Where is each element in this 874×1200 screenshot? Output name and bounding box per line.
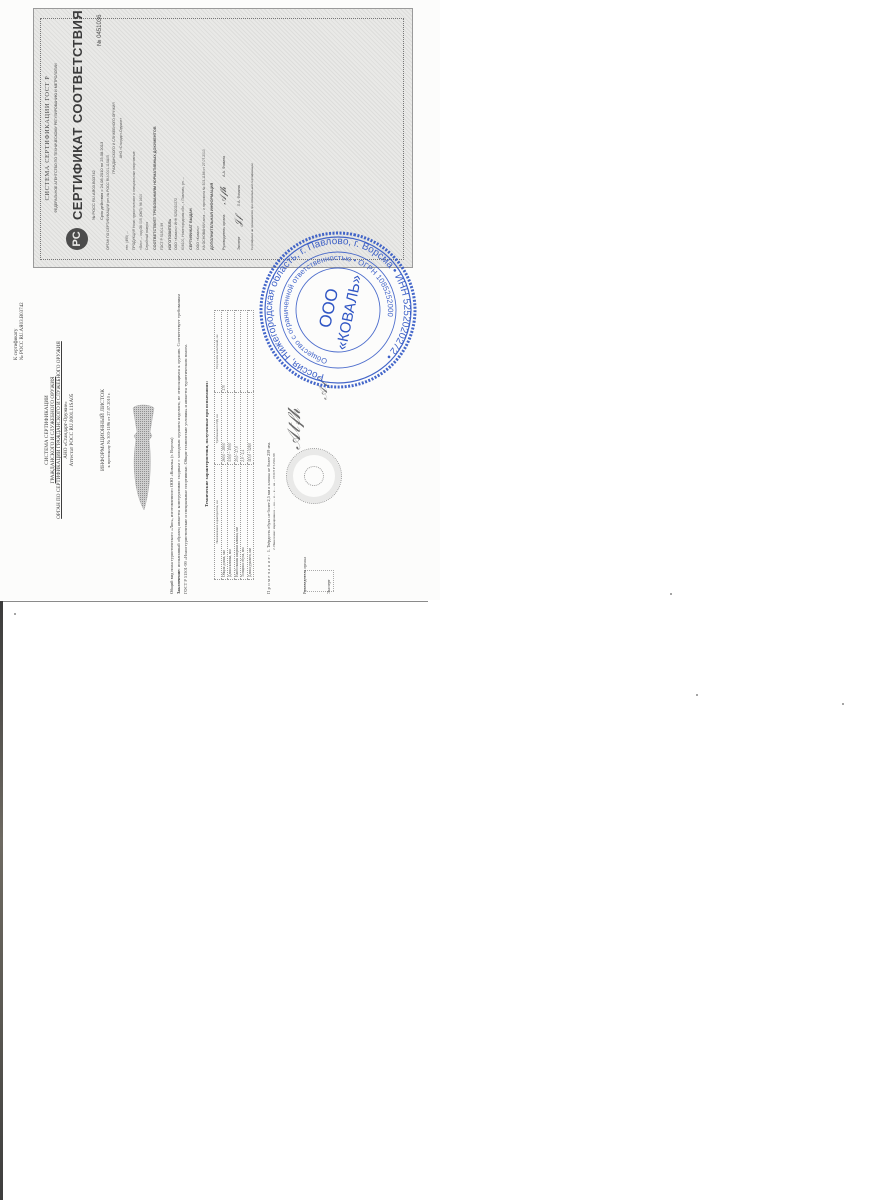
cert-validity: Срок действия с 24.08.2010 по 23.08.2013 <box>99 142 104 220</box>
signature-icon: 𝒥𝒻 <box>234 216 244 226</box>
sheet-bottom-edge <box>0 601 428 602</box>
system-line: ОРГАН ПО СЕРТИФИКАЦИИ ГРАЖДАНСКОГО И СЛУ… <box>56 320 62 540</box>
signer-label: Руководитель органа <box>302 557 307 594</box>
table-cell: Длина рукояти, мм <box>247 464 254 579</box>
gost-r-logo-icon: PC <box>66 228 88 250</box>
cert-heading-row: PC СЕРТИФИКАТ СООТВЕТСТВИЯ <box>66 20 88 256</box>
cert-line: ГОСТ Р 51501-99 <box>160 20 164 250</box>
cert-line: тел. (495) ... <box>125 20 129 250</box>
cert-validity-row: Срок действия с 24.08.2010 по 23.08.2013 <box>99 20 104 220</box>
scan-speck <box>14 613 16 615</box>
certificate-of-conformity: СИСТЕМА СЕРТИФИКАЦИИ ГОСТ Р ФЕДЕРАЛЬНОЕ … <box>42 20 400 256</box>
stamp-seal-icon: Россия, Нижегородская область, г. Павлов… <box>243 215 433 405</box>
conclusion-text: испытанный образец является конструктивн… <box>176 294 188 594</box>
cert-line: 606100, Нижегородская обл., г. Павлово, … <box>181 20 185 250</box>
cert-line: ГРАЖДАНСКОГО И СЛУЖЕБНОГО ОРУЖИЯ <box>112 20 116 256</box>
signature-icon: 𝒜𝓉𝒻𝒽 <box>284 408 305 450</box>
cert-reg-number: № РОСС RU.АЯ03.В03742 <box>91 170 96 220</box>
cert-line: ООО «Коваль» ИНН 5252020272 <box>174 20 178 250</box>
cert-head-label: Руководитель органа <box>222 215 226 250</box>
knife-image-icon <box>128 402 158 512</box>
cert-expert-label: Эксперт <box>237 236 241 250</box>
note-1-text: 1. Твёрдость обуха не более 2,5 мм и кли… <box>266 442 271 552</box>
signature-icon: 𝒜𝒻𝒽 <box>219 187 229 205</box>
cert-expert-name: Л.А. Фомина <box>237 185 241 206</box>
cert-section: СЕРТИФИКАТ ВЫДАН <box>189 20 193 250</box>
cert-line: ПРОДУКЦИЯ Ножи туристические и специальн… <box>132 20 136 250</box>
cert-line: ООО «Коваль» <box>196 20 200 250</box>
stamp-center-line-2: «КОВАЛЬ» <box>333 273 366 351</box>
cert-section: ИЗГОТОВИТЕЛЬ <box>168 20 172 250</box>
cert-footer-note: Сертификат не применяется при обязательн… <box>250 20 254 250</box>
system-line: Аттестат РОСС RU.0001.11SA05 <box>69 320 75 540</box>
cert-line: «Лис» ... код ОК 005 (ОКП): 96 1600 <box>139 20 143 250</box>
cert-head-signature-row: Руководитель органа 𝒜𝒻𝒽 А.А. Фомина <box>219 20 229 250</box>
annex-line: № РОСС RU.АЯ03.В03742 <box>20 302 26 360</box>
cert-expert-signature-row: Эксперт 𝒥𝒻 Л.А. Фомина <box>234 20 244 250</box>
leaflet-subtitle: к протоколу № 303-1186 от 27.07.2010 г. <box>106 320 112 540</box>
conclusion-label: Заключение: <box>176 568 181 594</box>
gray-seal-icon <box>286 448 342 504</box>
scan-speck <box>696 694 698 696</box>
scan-speck <box>670 593 672 595</box>
cert-line: ОРГАН ПО СЕРТИФИКАЦИИ рег. № РОСС RU.000… <box>106 20 110 250</box>
table-cell: 115,0 - 128,0 <box>247 393 254 464</box>
cert-additional-info: ДОПОЛНИТЕЛЬНАЯ ИНФОРМАЦИЯ <box>210 20 214 250</box>
tech-specs-title: Технические характеристики, полученные п… <box>204 294 209 594</box>
cert-section: СООТВЕТСТВУЕТ ТРЕБОВАНИЯМ НОРМАТИВНЫХ ДО… <box>153 20 157 250</box>
expert-label: Эксперт <box>326 579 331 594</box>
cert-head-name: А.А. Фомина <box>222 156 226 177</box>
description-paragraph: Общий вид ножа туристического «Лис», изг… <box>168 294 189 594</box>
cert-serial-number: № 0451036 <box>97 20 103 46</box>
cert-line: НА ОСНОВАНИИ акта ... и протокола № 303-… <box>202 20 206 250</box>
scanner-edge-strip <box>0 601 3 1200</box>
cert-title: СЕРТИФИКАТ СООТВЕТСТВИЯ <box>70 10 85 220</box>
cert-registration-row: № РОСС RU.АЯ03.В03742 <box>91 20 96 220</box>
cert-line: АНО «Стандарт-Оружие» <box>119 20 123 256</box>
annex-reference: К сертификату № РОСС RU.АЯ03.В03742 <box>14 302 26 360</box>
certification-system-header: СИСТЕМА СЕРТИФИКАЦИИ ГРАЖДАНСКОГО И СЛУЖ… <box>44 320 75 540</box>
cert-agency-line: ФЕДЕРАЛЬНОЕ АГЕНТСТВО ПО ТЕХНИЧЕСКОМУ РЕ… <box>54 20 58 256</box>
company-stamp: Россия, Нижегородская область, г. Павлов… <box>243 215 433 405</box>
notes-label: Примечание: <box>266 553 271 594</box>
description-text: Общий вид ножа туристического «Лис», изг… <box>169 438 174 594</box>
cert-line: Серийный выпуск <box>145 20 149 250</box>
scan-speck <box>842 703 844 705</box>
cert-system-line: СИСТЕМА СЕРТИФИКАЦИИ ГОСТ Р <box>44 20 51 256</box>
leaflet-title-block: ИНФОРМАЦИОННЫЙ ЛИСТОК к протоколу № 303-… <box>100 320 112 540</box>
